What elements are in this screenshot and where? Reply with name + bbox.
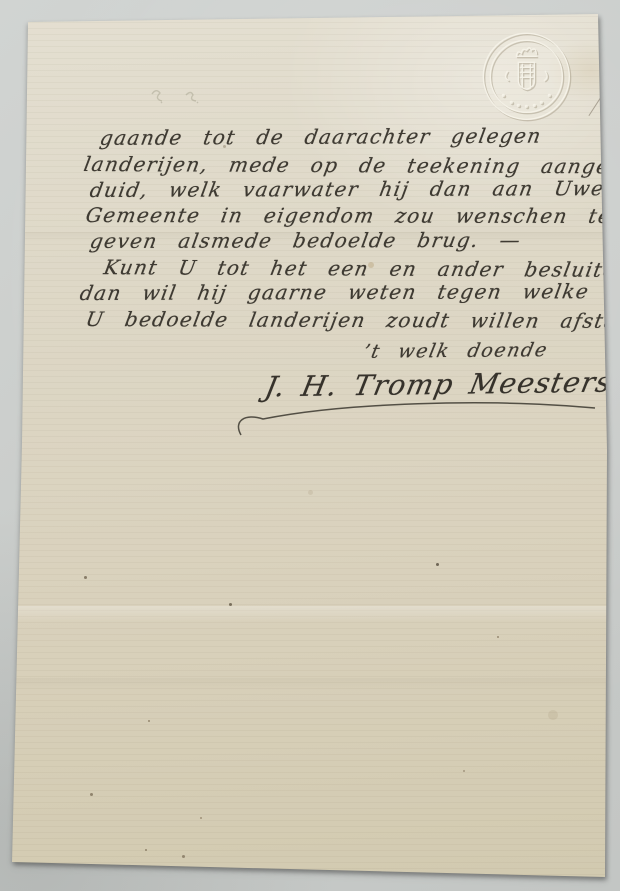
letter-line: geven alsmede bedoelde brug. —: [76, 228, 591, 255]
foxing-speck: [229, 603, 232, 606]
pencil-mark: [146, 86, 210, 110]
foxing-speck: [308, 490, 313, 495]
letter-closing: ’t welk doende: [362, 339, 551, 363]
foxing-speck: [497, 636, 499, 638]
letter-paper: gaande tot de daarachter gelegen landeri…: [8, 10, 612, 880]
foxing-speck: [436, 563, 439, 566]
foxing-speck: [90, 793, 93, 796]
letter-line: U bedoelde landerijen zoudt willen afsta…: [76, 307, 590, 335]
foxing-speck: [463, 770, 465, 772]
letter-line: duid, welk vaarwater hij dan aan Uwe: [76, 176, 591, 204]
foxing-speck: [84, 576, 87, 579]
paper-crease: [8, 678, 612, 690]
paper-crease: [8, 606, 612, 622]
foxing-speck: [148, 720, 150, 722]
paper-edge-crack: [588, 92, 604, 116]
photo-background: gaande tot de daarachter gelegen landeri…: [0, 0, 620, 891]
foxing-speck: [200, 817, 202, 819]
embossed-seal-icon: [479, 29, 575, 125]
letter-line: gaande tot de daarachter gelegen: [76, 123, 591, 151]
foxing-speck: [548, 710, 558, 720]
signature-flourish: [233, 393, 603, 439]
letter-line: Gemeente in eigendom zou wenschen te: [76, 203, 590, 230]
letter-body: gaande tot de daarachter gelegen landeri…: [78, 126, 588, 332]
letter-line: dan wil hij gaarne weten tegen welke pri…: [76, 279, 591, 307]
foxing-speck: [145, 849, 147, 851]
paper-sheet: gaande tot de daarachter gelegen landeri…: [8, 10, 612, 880]
foxing-speck: [182, 855, 185, 858]
